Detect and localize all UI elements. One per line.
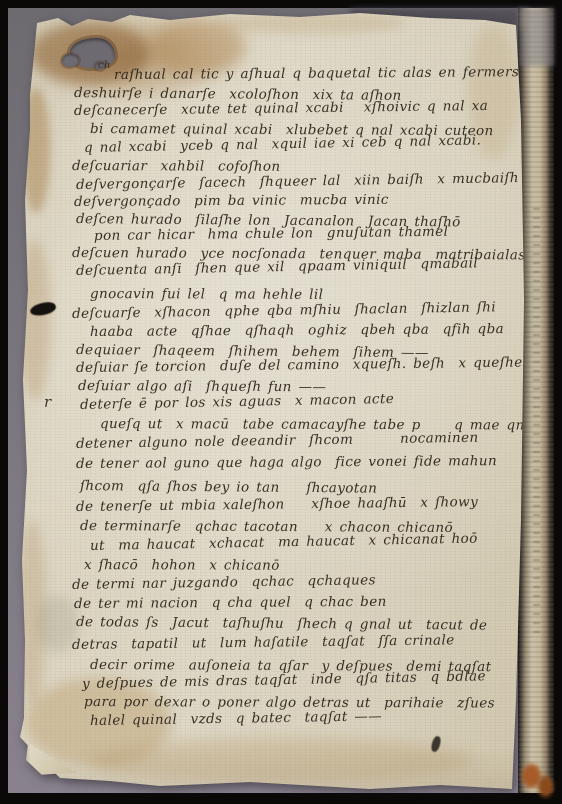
manuscript-line: de tener aol guno que haga algo fice von… [76,453,497,472]
manuscript-line: de tenerſe ut mbia xaleſhon xſhoe haaſhū… [76,494,478,515]
manuscript-line: de todas ſs Jacut taſhuſhu ſhech q gnal … [76,614,488,634]
manuscript-line: para por dexar o poner algo detras ut pa… [84,694,495,711]
manuscript-line: raſhual cal tic y aſhual q baquetal tic … [114,64,519,83]
manuscript-page: r chraſhual cal tic y aſhual q baquetal … [0,0,562,804]
manuscript-line: gnocavin fui lel q ma hehle lil [90,286,323,303]
manuscript-line: halel quinal vzds q batec taqſat —— [90,708,382,729]
manuscript-line: deſcuarſe xſhacon qphe qba mſhiu ſhaclan… [72,299,496,322]
handwritten-text-block: chraſhual cal tic y aſhual q baquetal ti… [0,0,562,804]
manuscript-line: ſhcom qſa ſhos bey io tan ſhcayotan [80,478,377,497]
manuscript-line: x ſhacō hohon x chicanō [84,557,280,574]
manuscript-line: deſcuariar xahbil cofoſhon [72,158,281,175]
manuscript-line: haaba acte qſhae qſhaqh oghiz qbeh qba q… [90,321,504,340]
manuscript-line: detener alguno nole deeandir ſhcom nocam… [76,430,479,452]
manuscript-line: detras tapatil ut lum haſatile taqſat ſſ… [72,632,455,653]
photo-frame: r chraſhual cal tic y aſhual q baquetal … [0,0,562,804]
manuscript-line: de ter mi nacion q cha quel q chac ben [74,594,387,612]
manuscript-line: ch [98,60,111,71]
manuscript-page-wrap: r chraſhual cal tic y aſhual q baquetal … [0,0,562,804]
manuscript-line: pon car hicar hma chule lon gnuſutan tha… [94,224,449,244]
manuscript-line: deſvergonçado pim ba vinic mucba vinic [74,192,389,210]
manuscript-line: de termi nar juzgando qchac qchaques [72,572,376,593]
manuscript-line: deterſe ē por los xis aguas x macon acte [80,391,394,413]
